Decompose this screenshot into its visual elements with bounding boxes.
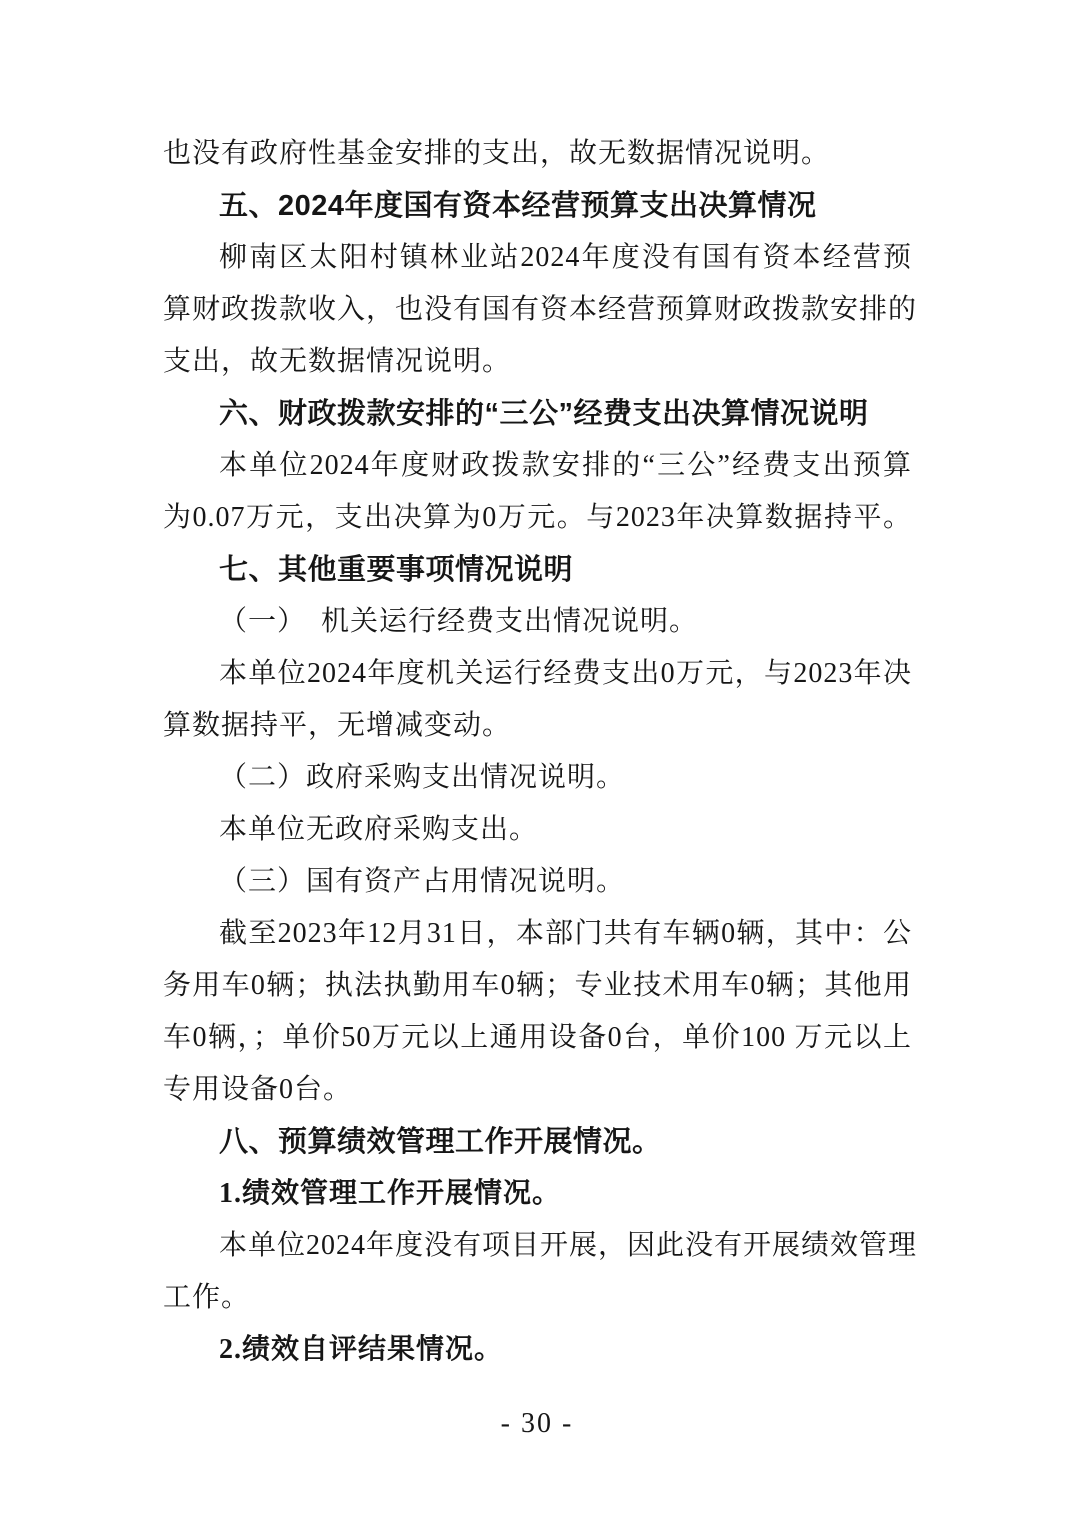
paragraph-line: 本单位2024年度机关运行经费支出0万元，与2023年决 xyxy=(163,648,912,700)
paragraph-line: 算数据持平，无增减变动。 xyxy=(163,700,912,752)
paragraph-line: 务用车0辆；执法执勤用车0辆；专业技术用车0辆；其他用 xyxy=(163,960,912,1012)
paragraph-line: 截至2023年12月31日，本部门共有车辆0辆，其中：公 xyxy=(163,908,912,960)
paragraph-line: 柳南区太阳村镇林业站2024年度没有国有资本经营预 xyxy=(163,232,912,284)
subheading-item-3: （三）国有资产占用情况说明。 xyxy=(163,856,912,908)
paragraph-line: 为0.07万元，支出决算为0万元。与2023年决算数据持平。 xyxy=(163,492,912,544)
heading-section-5: 五、2024年度国有资本经营预算支出决算情况 xyxy=(163,180,912,232)
subheading-item-1: （一） 机关运行经费支出情况说明。 xyxy=(163,596,912,648)
paragraph-line: 本单位2024年度财政拨款安排的“三公”经费支出预算 xyxy=(163,440,912,492)
heading-section-6: 六、财政拨款安排的“三公”经费支出决算情况说明 xyxy=(163,388,912,440)
paragraph-line: 支出，故无数据情况说明。 xyxy=(163,336,912,388)
paragraph-line: 算财政拨款收入，也没有国有资本经营预算财政拨款安排的 xyxy=(163,284,912,336)
paragraph-line: 本单位2024年度没有项目开展，因此没有开展绩效管理 xyxy=(163,1220,912,1272)
paragraph-line: 本单位无政府采购支出。 xyxy=(163,804,912,856)
paragraph-line: 车0辆，；单价50万元以上通用设备0台，单价100 万元以上 xyxy=(163,1012,912,1064)
subheading-numbered-1: 1.绩效管理工作开展情况。 xyxy=(163,1168,912,1220)
page-number: - 30 - xyxy=(0,1398,1074,1450)
paragraph-line: 工作。 xyxy=(163,1272,912,1324)
subheading-numbered-2: 2.绩效自评结果情况。 xyxy=(163,1324,912,1376)
paragraph-line: 也没有政府性基金安排的支出，故无数据情况说明。 xyxy=(163,128,912,180)
paragraph-line: 专用设备0台。 xyxy=(163,1064,912,1116)
heading-section-7: 七、其他重要事项情况说明 xyxy=(163,544,912,596)
heading-section-8: 八、预算绩效管理工作开展情况。 xyxy=(163,1116,912,1168)
document-page: 也没有政府性基金安排的支出，故无数据情况说明。 五、2024年度国有资本经营预算… xyxy=(163,128,912,1376)
subheading-item-2: （二）政府采购支出情况说明。 xyxy=(163,752,912,804)
